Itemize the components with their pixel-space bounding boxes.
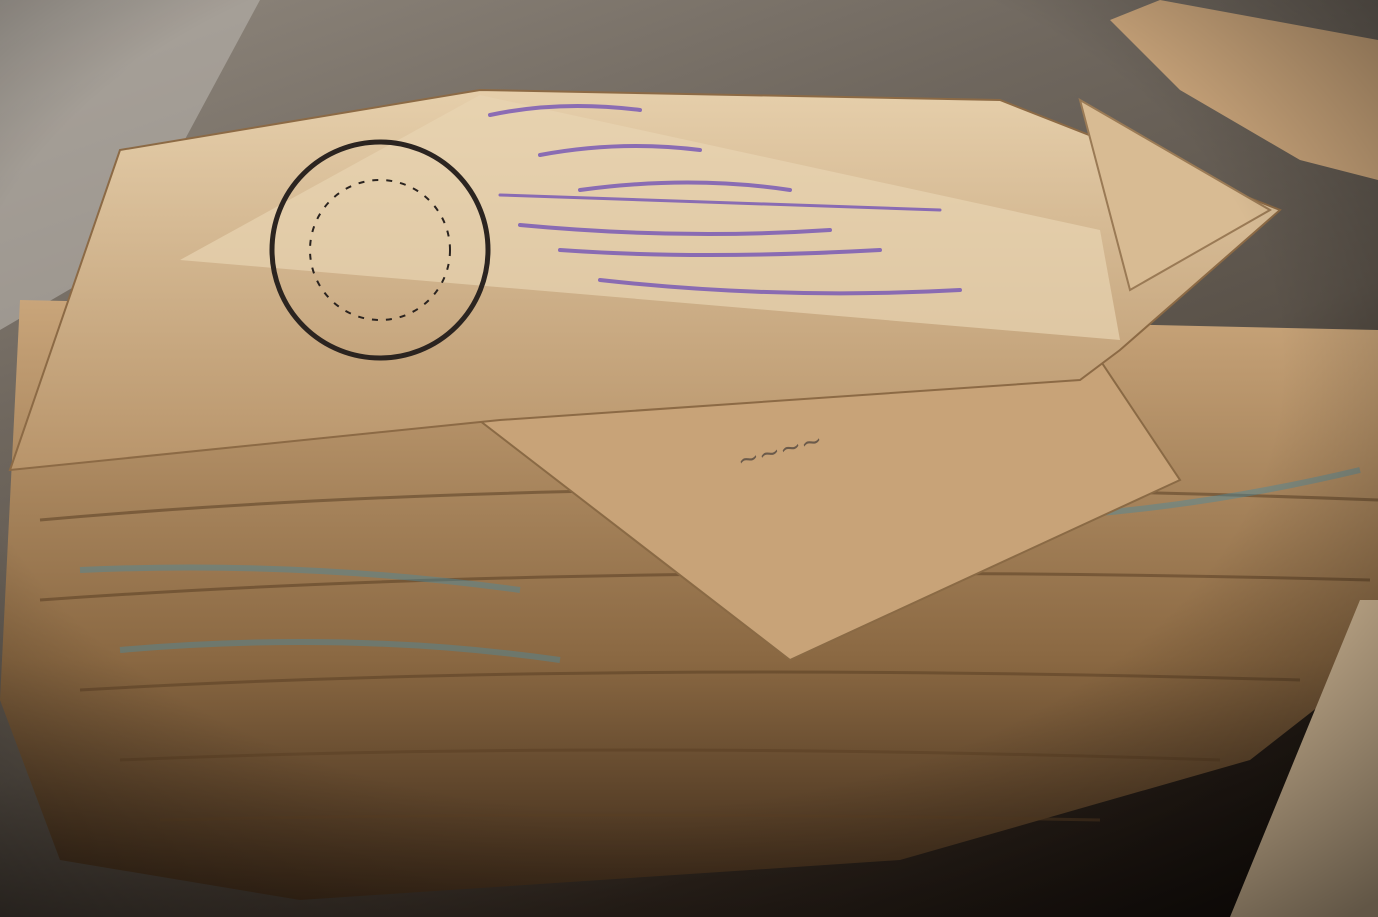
letters-illustration: ~~~~ xyxy=(0,0,1378,917)
photo-scene: ~~~~ xyxy=(0,0,1378,917)
